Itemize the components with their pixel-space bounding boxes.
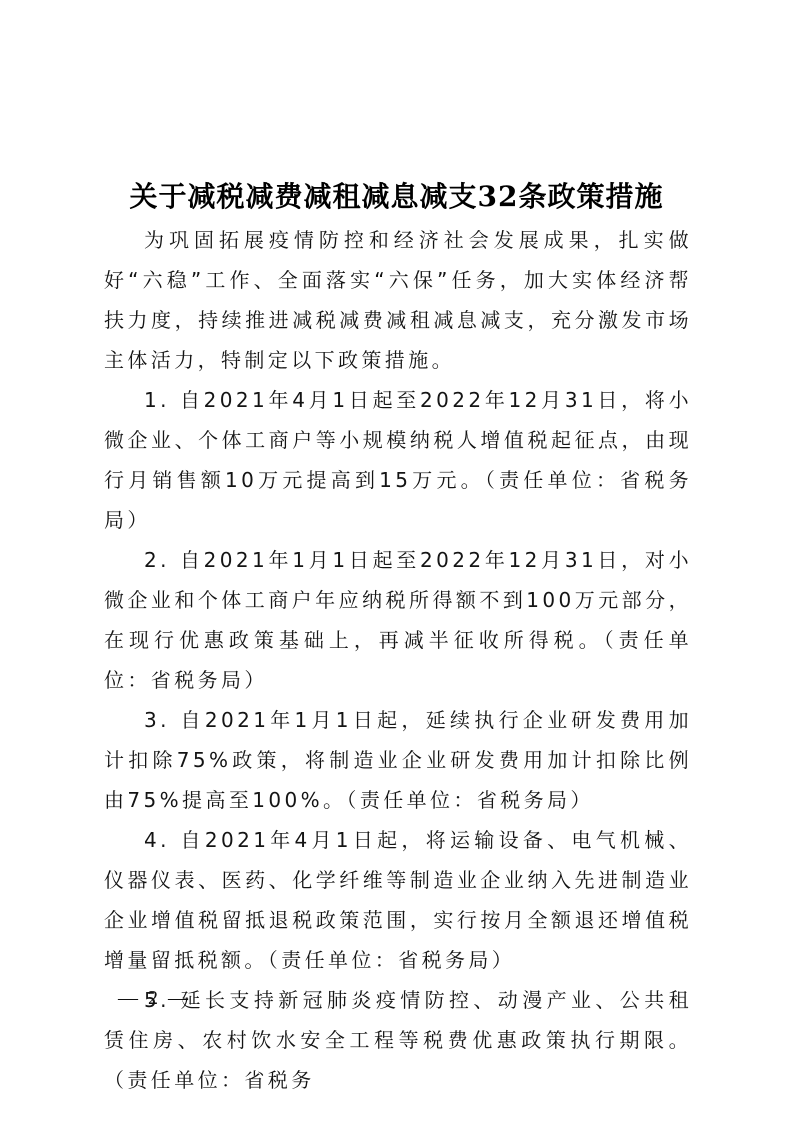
policy-item-3: 3. 自2021年1月1日起，延续执行企业研发费用加计扣除75%政策，将制造业企… (104, 700, 692, 820)
document-page: 关于减税减费减租减息减支32条政策措施 为巩固拓展疫情防控和经济社会发展成果，扎… (0, 0, 793, 1122)
policy-item-2: 2. 自2021年1月1日起至2022年12月31日，对小微企业和个体工商户年应… (104, 540, 692, 700)
intro-paragraph: 为巩固拓展疫情防控和经济社会发展成果，扎实做好“六稳”工作、全面落实“六保”任务… (104, 220, 692, 380)
policy-item-4: 4. 自2021年4月1日起，将运输设备、电气机械、仪器仪表、医药、化学纤维等制… (104, 820, 692, 980)
document-title: 关于减税减费减租减息减支32条政策措施 (0, 177, 793, 217)
page-number: — 2 — (118, 984, 188, 1012)
policy-item-1: 1. 自2021年4月1日起至2022年12月31日，将小微企业、个体工商户等小… (104, 380, 692, 540)
document-body: 为巩固拓展疫情防控和经济社会发展成果，扎实做好“六稳”工作、全面落实“六保”任务… (104, 220, 692, 1100)
policy-item-5: 5. 延长支持新冠肺炎疫情防控、动漫产业、公共租赁住房、农村饮水安全工程等税费优… (104, 980, 692, 1100)
